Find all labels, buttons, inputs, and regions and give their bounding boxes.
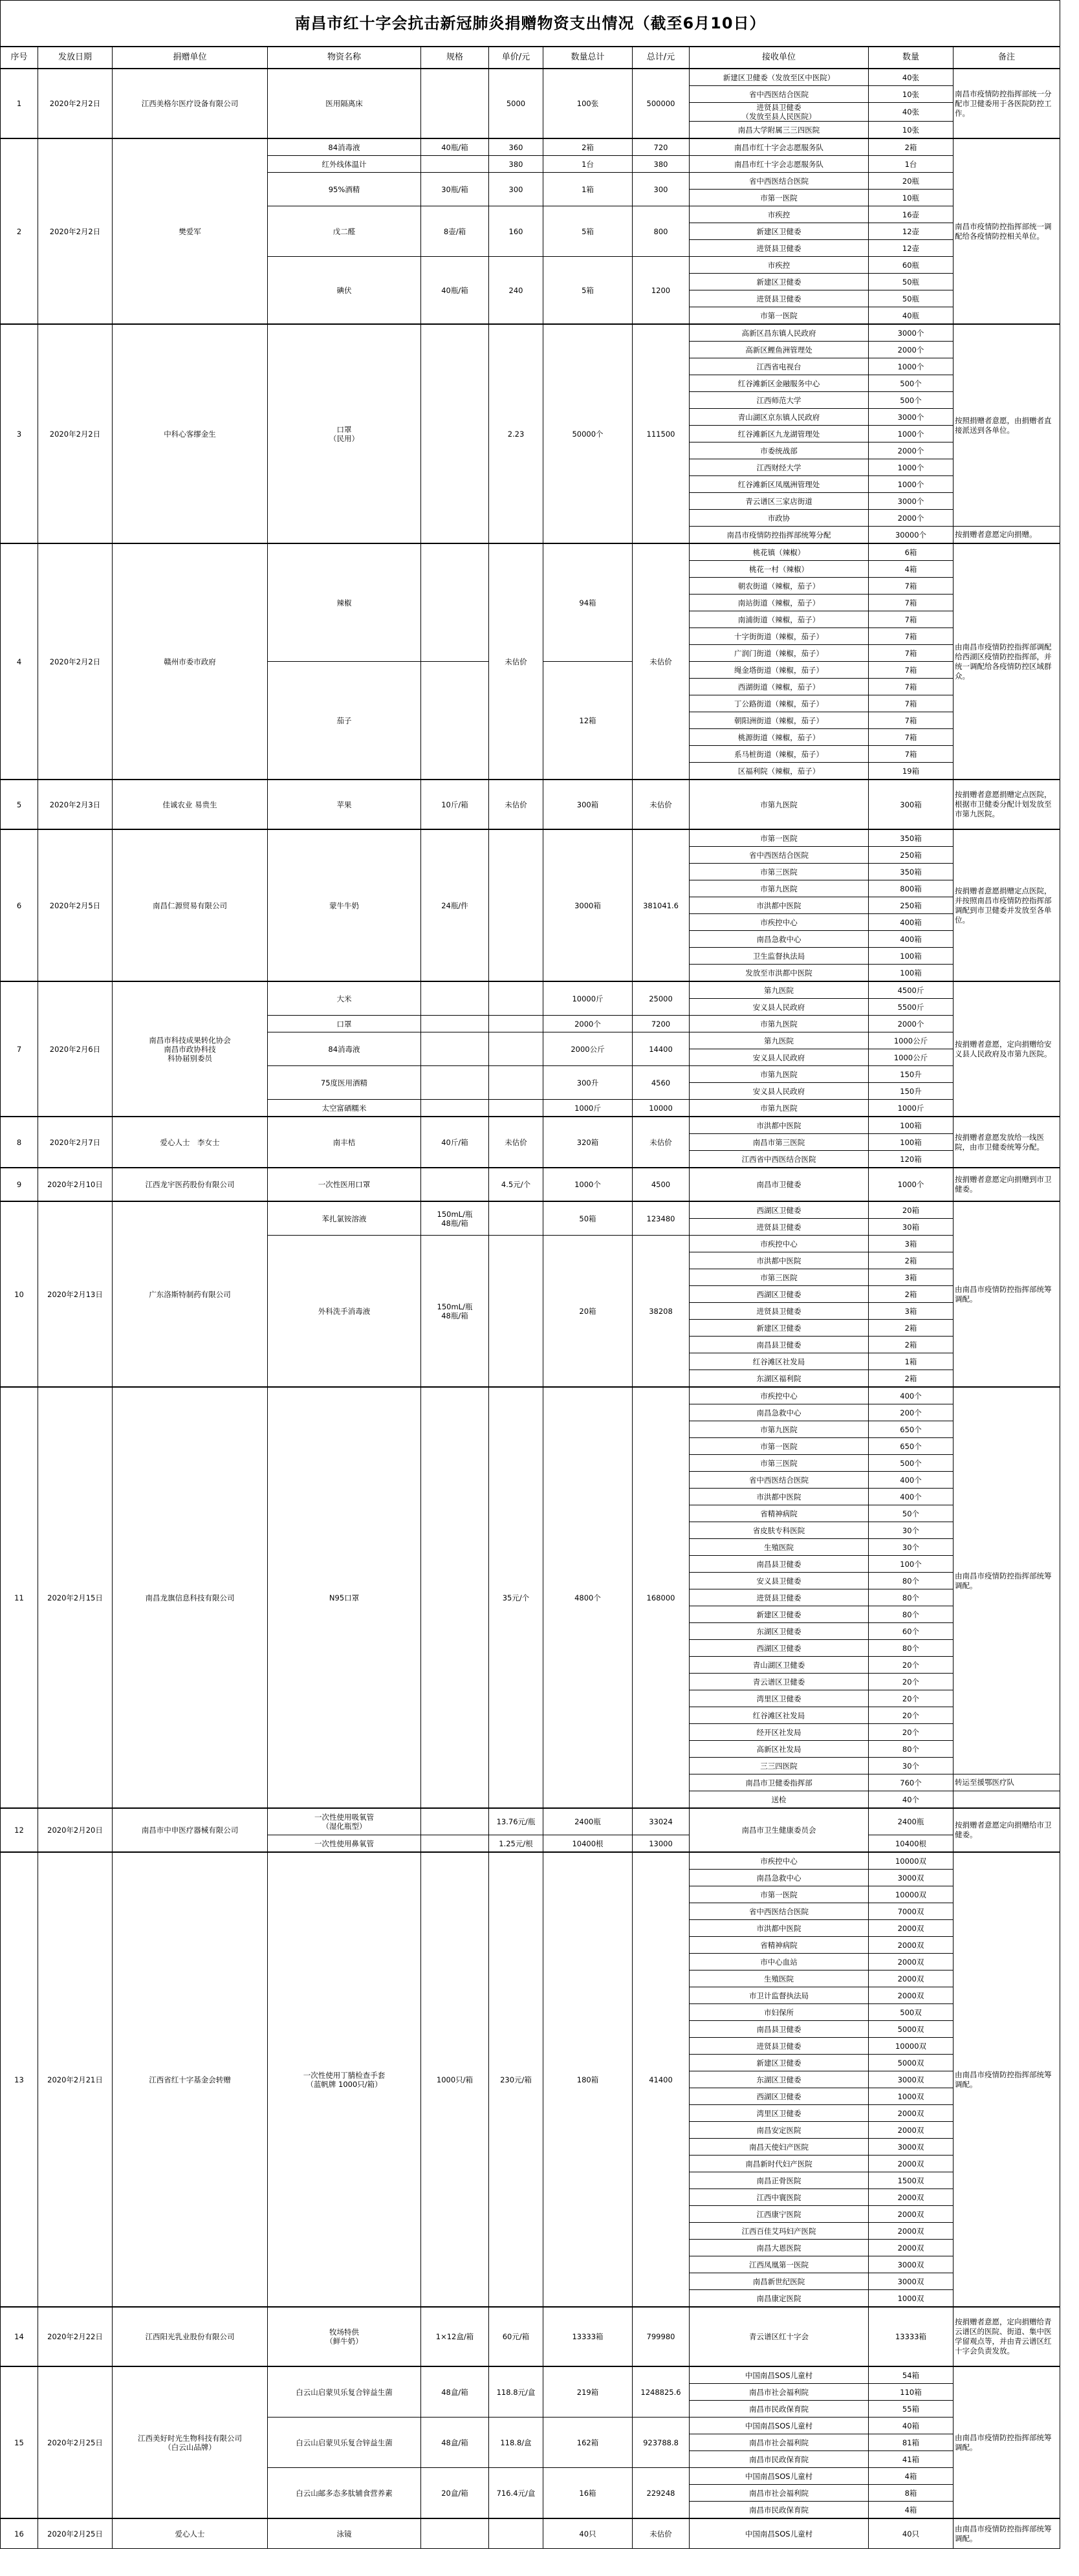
recipient-quantity: 100箱 <box>869 1134 954 1151</box>
recipient-quantity: 12壶 <box>869 240 954 257</box>
recipient-unit: 第九医院 <box>690 1032 869 1049</box>
recipient-quantity: 2400瓶 <box>869 1808 954 1835</box>
recipient-unit: 市第九医院 <box>690 1016 869 1032</box>
recipient-quantity: 3000双 <box>869 1870 954 1886</box>
donor-name: 爱心人士 <box>113 2518 268 2549</box>
recipient-unit: 市疾控中心 <box>690 1236 869 1252</box>
recipient-unit: 南昌市卫健委 <box>690 1168 869 1201</box>
recipient-quantity: 500双 <box>869 2004 954 2021</box>
item-spec <box>421 981 489 1016</box>
item-spec <box>421 543 489 662</box>
unit-price: 380 <box>489 156 543 173</box>
recipient-unit: 南昌市疫情防控指挥部统筹分配 <box>690 527 869 544</box>
amount-total: 300 <box>633 173 690 206</box>
item-spec <box>421 1066 489 1100</box>
recipient-quantity: 20瓶 <box>869 173 954 190</box>
recipient-quantity: 2箱 <box>869 1252 954 1269</box>
recipient-quantity: 5500斤 <box>869 999 954 1016</box>
item-spec: 1000只/箱 <box>421 1852 489 2307</box>
donation-table: 南昌市红十字会抗击新冠肺炎捐赠物资支出情况（截至6月10日） 序号发放日期捐赠单… <box>0 0 1060 2549</box>
recipient-unit: 江西凤凰第一医院 <box>690 2256 869 2273</box>
header-col-unit-price: 单价/元 <box>489 47 543 69</box>
recipient-unit: 广润门街道（辣椒，茄子） <box>690 645 869 662</box>
issue-date: 2020年2月2日 <box>38 69 113 138</box>
recipient-quantity: 1000双 <box>869 2290 954 2308</box>
recipient-quantity: 4500斤 <box>869 981 954 999</box>
recipient-unit: 南昌急救中心 <box>690 1404 869 1421</box>
recipient-quantity: 7箱 <box>869 645 954 662</box>
recipient-unit: 市第一医院 <box>690 1438 869 1455</box>
recipient-unit: 卫生监督执法局 <box>690 948 869 965</box>
table-row: 112020年2月15日南昌龙旗信息科技有限公司N95口罩35元/个4800个1… <box>1 1387 1060 1404</box>
recipient-quantity: 250箱 <box>869 897 954 914</box>
row-number: 5 <box>1 780 38 829</box>
unit-price: 5000 <box>489 69 543 138</box>
row-number: 12 <box>1 1808 38 1852</box>
recipient-unit: 市疾控 <box>690 257 869 274</box>
header-col-spec: 规格 <box>421 47 489 69</box>
item-name: 75度医用酒精 <box>268 1066 421 1100</box>
recipient-unit: 江西省中西医结合医院 <box>690 1151 869 1168</box>
recipient-quantity: 2箱 <box>869 1337 954 1353</box>
recipient-unit: 红谷滩区社发局 <box>690 1707 869 1724</box>
recipient-quantity: 2000双 <box>869 2240 954 2256</box>
recipient-unit: 朝农街道（辣椒，茄子） <box>690 578 869 595</box>
table-row: 162020年2月25日爱心人士泳镜40只未估价中国南昌SOS儿童村40只由南昌… <box>1 2518 1060 2549</box>
header-col-no: 序号 <box>1 47 38 69</box>
remark: 南昌市疫情防控指挥部统一调配给各疫情防控相关单位。 <box>954 138 1060 324</box>
table-row: 122020年2月20日南昌市中申医疗器械有限公司一次性使用吸氧管 （湿化瓶型）… <box>1 1808 1060 1835</box>
recipient-unit: 青云谱区红十字会 <box>690 2307 869 2366</box>
recipient-quantity: 50瓶 <box>869 290 954 307</box>
remark: 由南昌市疫情防控指挥部统筹调配。 <box>954 1201 1060 1387</box>
amount-total: 123480 <box>633 1201 690 1236</box>
recipient-unit: 省皮肤专科医院 <box>690 1522 869 1539</box>
issue-date: 2020年2月2日 <box>38 138 113 324</box>
recipient-unit: 红谷滩区社发局 <box>690 1353 869 1370</box>
recipient-quantity: 20个 <box>869 1690 954 1707</box>
recipient-quantity: 19箱 <box>869 763 954 780</box>
item-spec: 24瓶/件 <box>421 829 489 981</box>
recipient-quantity: 7箱 <box>869 679 954 695</box>
quantity-total: 3000箱 <box>543 829 633 981</box>
recipient-unit: 西湖街道（辣椒，茄子） <box>690 679 869 695</box>
recipient-quantity: 2000双 <box>869 1937 954 1954</box>
recipient-unit: 南昌新时代妇产医院 <box>690 2156 869 2172</box>
quantity-total: 100张 <box>543 69 633 138</box>
recipient-unit: 安义县人民政府 <box>690 1083 869 1100</box>
item-spec: 40瓶/箱 <box>421 138 489 156</box>
table-row: 82020年2月7日爱心人士 李女士南丰桔40斤/箱未估价320箱未估价市洪都中… <box>1 1117 1060 1134</box>
remark: 按捐赠者意愿定向捐赠给市卫健委。 <box>954 1808 1060 1852</box>
item-name: 白云山启蒙贝乐复合锌益生菌 <box>268 2366 421 2418</box>
recipient-unit: 红谷滩新区九龙湖管理处 <box>690 426 869 442</box>
issue-date: 2020年2月6日 <box>38 981 113 1117</box>
item-name: 碘伏 <box>268 257 421 325</box>
quantity-total: 16箱 <box>543 2468 633 2519</box>
recipient-quantity: 3000双 <box>869 2071 954 2088</box>
recipient-unit: 青山湖区卫健委 <box>690 1657 869 1674</box>
recipient-unit: 南昌县卫健委 <box>690 1337 869 1353</box>
recipient-quantity: 1台 <box>869 156 954 173</box>
recipient-unit: 中国南昌SOS儿童村 <box>690 2518 869 2549</box>
unit-price: 4.5元/个 <box>489 1168 543 1201</box>
header-col-donor: 捐赠单位 <box>113 47 268 69</box>
recipient-quantity: 400个 <box>869 1489 954 1505</box>
recipient-quantity: 2000双 <box>869 2206 954 2223</box>
recipient-quantity: 3箱 <box>869 1303 954 1320</box>
remark: 按捐赠者意愿定向捐赠到市卫健委。 <box>954 1168 1060 1201</box>
recipient-unit: 青云谱区三家店街道 <box>690 493 869 510</box>
recipient-quantity: 2000个 <box>869 442 954 459</box>
table-row: 42020年2月2日赣州市委市政府辣椒未估价94箱未估价桃花镇（辣椒）6箱由南昌… <box>1 543 1060 561</box>
item-spec: 48盒/箱 <box>421 2418 489 2468</box>
recipient-unit: 省中西医结合医院 <box>690 173 869 190</box>
recipient-unit: 市第三医院 <box>690 864 869 880</box>
recipient-quantity: 2000双 <box>869 2122 954 2139</box>
item-spec <box>421 1835 489 1853</box>
item-name: 一次性使用丁腈检查手套 （蓝帆牌 1000只/箱） <box>268 1852 421 2307</box>
amount-total: 未估价 <box>633 543 690 780</box>
recipient-unit: 南昌市民政保育院 <box>690 2401 869 2418</box>
amount-total: 229248 <box>633 2468 690 2519</box>
recipient-quantity: 1000斤 <box>869 1100 954 1117</box>
donor-name: 赣州市委市政府 <box>113 543 268 780</box>
recipient-unit: 安义县人民政府 <box>690 1049 869 1066</box>
recipient-unit: 桃源街道（辣椒，茄子） <box>690 729 869 746</box>
table-row: 92020年2月10日江西龙宇医药股份有限公司一次性医用口罩4.5元/个1000… <box>1 1168 1060 1201</box>
recipient-quantity: 3000双 <box>869 2273 954 2290</box>
recipient-unit: 南昌市社会福利院 <box>690 2485 869 2502</box>
recipient-unit: 高新区昌东镇人民政府 <box>690 324 869 342</box>
item-name: 太空富硒糯米 <box>268 1100 421 1117</box>
recipient-unit: 市卫计监督执法局 <box>690 1987 869 2004</box>
quantity-total: 10000斤 <box>543 981 633 1016</box>
recipient-unit: 西湖区卫健委 <box>690 1201 869 1219</box>
recipient-unit: 南昌康定医院 <box>690 2290 869 2308</box>
quantity-total: 2000个 <box>543 1016 633 1032</box>
item-name: 茄子 <box>268 662 421 780</box>
header-col-qty: 数量 <box>869 47 954 69</box>
recipient-quantity: 1000个 <box>869 476 954 493</box>
table-row: 132020年2月21日江西省红十字基金会转赠一次性使用丁腈检查手套 （蓝帆牌 … <box>1 1852 1060 1870</box>
recipient-quantity: 30箱 <box>869 1219 954 1236</box>
issue-date: 2020年2月13日 <box>38 1201 113 1387</box>
recipient-quantity: 1000个 <box>869 1168 954 1201</box>
recipient-quantity: 800箱 <box>869 880 954 897</box>
header-col-amount: 总计/元 <box>633 47 690 69</box>
recipient-quantity: 120箱 <box>869 1151 954 1168</box>
unit-price <box>489 981 543 1016</box>
quantity-total: 1箱 <box>543 173 633 206</box>
item-name: 84消毒液 <box>268 1032 421 1066</box>
recipient-quantity: 1000双 <box>869 2088 954 2105</box>
recipient-unit: 新建区卫健委（发放至区中医院） <box>690 69 869 86</box>
donor-name: 樊爱军 <box>113 138 268 324</box>
quantity-total: 2箱 <box>543 138 633 156</box>
recipient-quantity: 20个 <box>869 1707 954 1724</box>
item-name: 戊二醛 <box>268 206 421 257</box>
recipient-unit: 南昌市卫生健康委员会 <box>690 1808 869 1852</box>
unit-price: 160 <box>489 206 543 257</box>
recipient-unit: 西湖区卫健委 <box>690 1640 869 1657</box>
unit-price: 118.8元/盒 <box>489 2366 543 2418</box>
recipient-quantity: 2000双 <box>869 1954 954 1970</box>
donor-name: 南昌市科技成果转化协会 南昌市政协科技 科协届别委员 <box>113 981 268 1117</box>
recipient-unit: 高新区社发局 <box>690 1741 869 1758</box>
recipient-quantity: 7箱 <box>869 628 954 645</box>
unit-price: 未估价 <box>489 1117 543 1168</box>
recipient-unit: 西湖区卫健委 <box>690 1286 869 1303</box>
recipient-quantity: 10000双 <box>869 1886 954 1903</box>
quantity-total: 5箱 <box>543 257 633 325</box>
remark: 按捐赠者意愿，定向捐赠给安义县人民政府及市第九医院。 <box>954 981 1060 1117</box>
recipient-quantity: 500个 <box>869 1455 954 1472</box>
recipient-unit: 江西师范大学 <box>690 392 869 409</box>
recipient-unit: 新建区卫健委 <box>690 223 869 240</box>
quantity-total: 180箱 <box>543 1852 633 2307</box>
quantity-total: 300箱 <box>543 780 633 829</box>
recipient-unit: 江西百佳艾玛妇产医院 <box>690 2223 869 2240</box>
recipient-unit: 市第九医院 <box>690 1100 869 1117</box>
recipient-unit: 进贤县卫健委 <box>690 1303 869 1320</box>
unit-price: 2.23 <box>489 324 543 543</box>
recipient-unit: 南昌大学附属三三四医院 <box>690 122 869 139</box>
unit-price: 未估价 <box>489 543 543 780</box>
amount-total: 4560 <box>633 1066 690 1100</box>
recipient-quantity: 40只 <box>869 2518 954 2549</box>
recipient-quantity: 2箱 <box>869 138 954 156</box>
recipient-unit: 东湖区卫健委 <box>690 1623 869 1640</box>
recipient-unit: 送检 <box>690 1791 869 1809</box>
quantity-total: 2000公斤 <box>543 1032 633 1066</box>
amount-total: 923788.8 <box>633 2418 690 2468</box>
item-name: 辣椒 <box>268 543 421 662</box>
quantity-total: 20箱 <box>543 1236 633 1388</box>
recipient-unit: 南昌市红十字会志愿服务队 <box>690 138 869 156</box>
quantity-total: 10400根 <box>543 1835 633 1853</box>
remark: 按捐赠者意愿捐赠定点医院，根据市卫健委分配计划发放至市第九医院。 <box>954 780 1060 829</box>
recipient-quantity: 40张 <box>869 69 954 86</box>
recipient-quantity: 500个 <box>869 375 954 392</box>
recipient-unit: 红谷滩新区金融服务中心 <box>690 375 869 392</box>
recipient-quantity: 760个 <box>869 1774 954 1791</box>
item-name: 大米 <box>268 981 421 1016</box>
row-number: 10 <box>1 1201 38 1387</box>
table-row: 12020年2月2日江西美格尔医疗设备有限公司医用隔离床5000100张5000… <box>1 69 1060 86</box>
unit-price <box>489 1066 543 1100</box>
recipient-quantity: 2000双 <box>869 2156 954 2172</box>
unit-price <box>489 2518 543 2549</box>
amount-total: 800 <box>633 206 690 257</box>
recipient-quantity: 3000双 <box>869 2256 954 2273</box>
item-spec: 10斤/箱 <box>421 780 489 829</box>
recipient-quantity: 200个 <box>869 1404 954 1421</box>
recipient-quantity: 1000公斤 <box>869 1032 954 1049</box>
unit-price: 13.76元/瓶 <box>489 1808 543 1835</box>
donor-name: 江西美好时光生物科技有限公司 （白云山品牌） <box>113 2366 268 2518</box>
unit-price <box>489 1016 543 1032</box>
recipient-quantity: 250箱 <box>869 847 954 864</box>
recipient-quantity: 13333箱 <box>869 2307 954 2366</box>
item-name: 84消毒液 <box>268 138 421 156</box>
unit-price: 300 <box>489 173 543 206</box>
recipient-quantity: 2箱 <box>869 1286 954 1303</box>
item-name: 白云山邮多态多肽辅食营养素 <box>268 2468 421 2519</box>
amount-total: 未估价 <box>633 1117 690 1168</box>
recipient-unit: 江西财经大学 <box>690 459 869 476</box>
amount-total: 4500 <box>633 1168 690 1201</box>
recipient-quantity: 41箱 <box>869 2451 954 2468</box>
recipient-unit: 发放至市洪都中医院 <box>690 965 869 982</box>
recipient-quantity: 100箱 <box>869 965 954 982</box>
recipient-quantity: 1000个 <box>869 426 954 442</box>
recipient-quantity: 2000个 <box>869 342 954 358</box>
recipient-quantity: 2箱 <box>869 1320 954 1337</box>
amount-total: 799980 <box>633 2307 690 2366</box>
table-row: 62020年2月5日南昌仁源贸易有限公司蒙牛牛奶24瓶/件3000箱381041… <box>1 829 1060 847</box>
recipient-unit: 红谷滩新区凤凰洲管理处 <box>690 476 869 493</box>
recipient-unit: 南昌急救中心 <box>690 931 869 948</box>
recipient-unit: 丁公路街道（辣椒，茄子） <box>690 695 869 712</box>
recipient-unit: 市洪都中医院 <box>690 897 869 914</box>
recipient-unit: 省精神病院 <box>690 1937 869 1954</box>
remark: 由南昌市疫情防控指挥部统筹调配。 <box>954 1852 1060 2307</box>
recipient-unit: 南昌正骨医院 <box>690 2172 869 2189</box>
recipient-quantity: 3箱 <box>869 1269 954 1286</box>
recipient-unit: 市洪都中医院 <box>690 1252 869 1269</box>
remark: 由南昌市疫情防控指挥部统筹调配。 <box>954 1387 1060 1774</box>
recipient-unit: 省中西医结合医院 <box>690 1472 869 1489</box>
recipient-quantity: 400个 <box>869 1472 954 1489</box>
recipient-unit: 省中西医结合医院 <box>690 1903 869 1920</box>
recipient-quantity: 30个 <box>869 1758 954 1774</box>
recipient-quantity: 60瓶 <box>869 257 954 274</box>
issue-date: 2020年2月10日 <box>38 1168 113 1201</box>
donor-name: 佳诚农业 易贵生 <box>113 780 268 829</box>
issue-date: 2020年2月5日 <box>38 829 113 981</box>
item-spec: 40斤/箱 <box>421 1117 489 1168</box>
amount-total: 500000 <box>633 69 690 138</box>
recipient-quantity: 350箱 <box>869 864 954 880</box>
item-name: 苯扎氯铵溶液 <box>268 1201 421 1236</box>
item-spec: 150mL/瓶 48瓶/箱 <box>421 1236 489 1388</box>
recipient-unit: 青云谱区卫健委 <box>690 1674 869 1690</box>
remark: 由南昌市疫情防控指挥部调配给西湖区疫情防控指挥部，并统一调配给各疫情防控区域群众… <box>954 543 1060 780</box>
row-number: 13 <box>1 1852 38 2307</box>
amount-total: 33024 <box>633 1808 690 1835</box>
recipient-unit: 湾里区卫健委 <box>690 2105 869 2122</box>
row-number: 7 <box>1 981 38 1117</box>
row-number: 14 <box>1 2307 38 2366</box>
item-spec: 1×12盒/箱 <box>421 2307 489 2366</box>
recipient-unit: 南昌县卫健委 <box>690 2021 869 2038</box>
recipient-unit: 进贤县卫健委 <box>690 240 869 257</box>
recipient-unit: 南昌县卫健委 <box>690 1556 869 1573</box>
item-spec <box>421 69 489 138</box>
recipient-unit: 南站街道（辣椒，茄子） <box>690 595 869 611</box>
recipient-quantity: 20箱 <box>869 1201 954 1219</box>
recipient-unit: 市疾控 <box>690 206 869 223</box>
recipient-quantity: 7箱 <box>869 578 954 595</box>
recipient-quantity: 10000双 <box>869 1852 954 1870</box>
recipient-quantity: 3000个 <box>869 493 954 510</box>
row-number: 1 <box>1 69 38 138</box>
amount-total: 111500 <box>633 324 690 543</box>
recipient-quantity: 100箱 <box>869 1117 954 1134</box>
item-name: 外科洗手消毒液 <box>268 1236 421 1388</box>
unit-price: 60元/箱 <box>489 2307 543 2366</box>
donor-name: 广东洛斯特制药有限公司 <box>113 1201 268 1387</box>
recipient-quantity: 2000双 <box>869 2189 954 2206</box>
quantity-total: 50箱 <box>543 1201 633 1236</box>
recipient-unit: 南昌市社会福利院 <box>690 2384 869 2401</box>
unit-price: 35元/个 <box>489 1387 543 1808</box>
recipient-quantity: 40张 <box>869 103 954 122</box>
recipient-unit: 市洪都中医院 <box>690 1489 869 1505</box>
table-row: 22020年2月2日樊爱军84消毒液40瓶/箱3602箱720南昌市红十字会志愿… <box>1 138 1060 156</box>
header-col-date: 发放日期 <box>38 47 113 69</box>
unit-price: 360 <box>489 138 543 156</box>
row-number: 8 <box>1 1117 38 1168</box>
row-number: 16 <box>1 2518 38 2549</box>
item-spec <box>421 2518 489 2549</box>
table-body: 12020年2月2日江西美格尔医疗设备有限公司医用隔离床5000100张5000… <box>1 69 1060 2549</box>
item-spec <box>421 1168 489 1201</box>
recipient-quantity: 3000双 <box>869 2139 954 2156</box>
recipient-unit: 江西康宁医院 <box>690 2206 869 2223</box>
row-number: 9 <box>1 1168 38 1201</box>
header-col-qty-total: 数量总计 <box>543 47 633 69</box>
recipient-quantity: 6箱 <box>869 543 954 561</box>
amount-total: 25000 <box>633 981 690 1016</box>
recipient-quantity: 7箱 <box>869 695 954 712</box>
item-spec: 30瓶/箱 <box>421 173 489 206</box>
recipient-unit: 市妇保所 <box>690 2004 869 2021</box>
amount-total: 380 <box>633 156 690 173</box>
recipient-unit: 南昌市卫健委指挥部 <box>690 1774 869 1791</box>
page-title: 南昌市红十字会抗击新冠肺炎捐赠物资支出情况（截至6月10日） <box>1 1 1060 47</box>
recipient-unit: 省中西医结合医院 <box>690 86 869 103</box>
table-row: 152020年2月25日江西美好时光生物科技有限公司 （白云山品牌）白云山启蒙贝… <box>1 2366 1060 2384</box>
recipient-quantity: 2000双 <box>869 1987 954 2004</box>
recipient-unit: 市第一医院 <box>690 1886 869 1903</box>
recipient-quantity: 100箱 <box>869 948 954 965</box>
recipient-quantity: 1000公斤 <box>869 1049 954 1066</box>
recipient-unit: 三三四医院 <box>690 1758 869 1774</box>
donor-name: 江西省红十字基金会转赠 <box>113 1852 268 2307</box>
amount-total: 381041.6 <box>633 829 690 981</box>
recipient-unit: 市洪都中医院 <box>690 1920 869 1937</box>
recipient-unit: 高新区鲤鱼洲管理处 <box>690 342 869 358</box>
recipient-quantity: 350箱 <box>869 829 954 847</box>
issue-date: 2020年2月20日 <box>38 1808 113 1852</box>
row-number: 15 <box>1 2366 38 2518</box>
quantity-total: 1台 <box>543 156 633 173</box>
recipient-unit: 省中西医结合医院 <box>690 847 869 864</box>
remark: 按捐赠者意愿定向捐赠。 <box>954 527 1060 544</box>
item-spec: 150mL/瓶 48瓶/箱 <box>421 1201 489 1236</box>
recipient-quantity: 400箱 <box>869 914 954 931</box>
recipient-unit: 南昌市社会福利院 <box>690 2434 869 2451</box>
item-name: 苹果 <box>268 780 421 829</box>
header-col-recipient: 接收单位 <box>690 47 869 69</box>
table-row: 72020年2月6日南昌市科技成果转化协会 南昌市政协科技 科协届别委员大米10… <box>1 981 1060 999</box>
item-name: 医用隔离床 <box>268 69 421 138</box>
recipient-quantity: 5000双 <box>869 2021 954 2038</box>
amount-total: 未估价 <box>633 2518 690 2549</box>
recipient-quantity: 7000双 <box>869 1903 954 1920</box>
